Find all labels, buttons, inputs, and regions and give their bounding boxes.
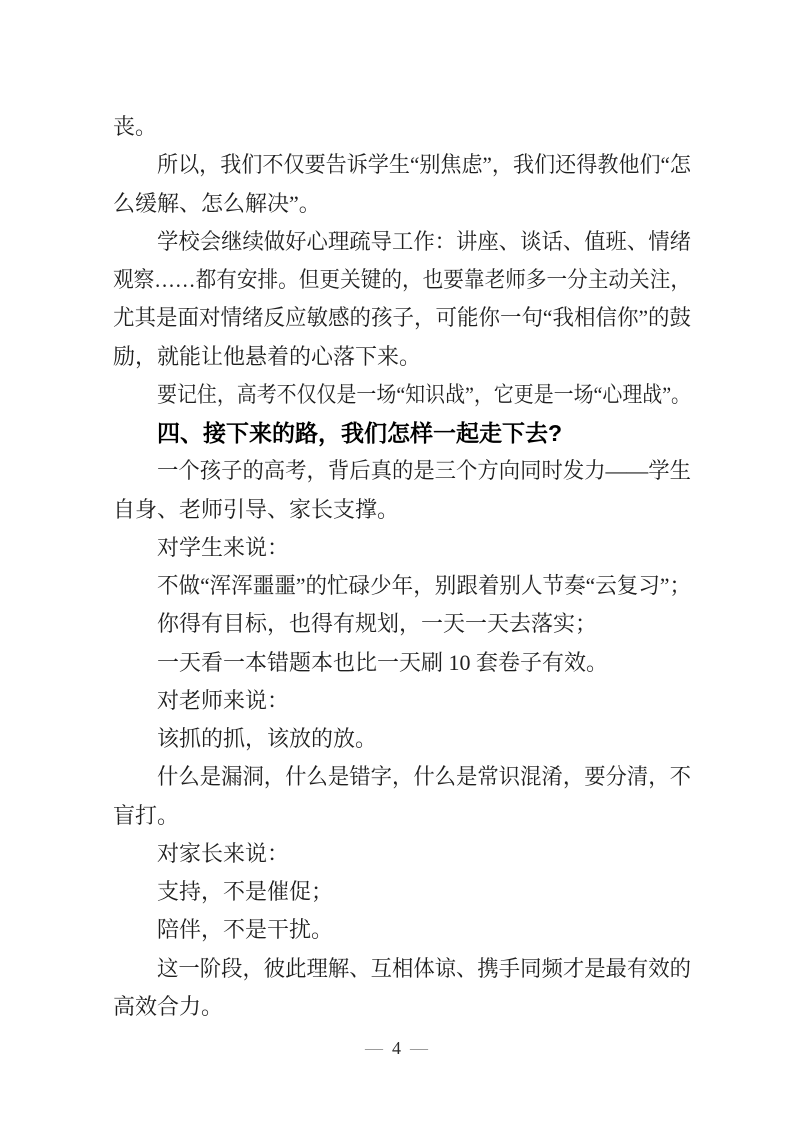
paragraph-line: 盲打。: [113, 797, 691, 835]
section-heading: 四、接下来的路，我们怎样一起走下去?: [113, 414, 691, 452]
text-run: 这一阶段，彼此理解、互相体谅、携手同频才是最有效的: [157, 950, 691, 988]
document-body: 丧。所以，我们不仅要告诉学生“别焦虑”，我们还得教他们“怎么缓解、怎么解决”。学…: [113, 108, 691, 1026]
text-run: 尤其是面对情绪反应敏感的孩子，可能你一句“我相信你”的鼓: [113, 299, 691, 337]
paragraph-line: 尤其是面对情绪反应敏感的孩子，可能你一句“我相信你”的鼓: [113, 299, 691, 337]
page-number: 4: [383, 1038, 410, 1058]
paragraph-line: 要记住，高考不仅仅是一场“知识战”，它更是一场“心理战”。: [113, 376, 691, 414]
footer-dash-right: —: [410, 1038, 428, 1058]
paragraph-line: 支持，不是催促；: [113, 873, 691, 911]
paragraph-line: 这一阶段，彼此理解、互相体谅、携手同频才是最有效的: [113, 950, 691, 988]
document-page: 丧。所以，我们不仅要告诉学生“别焦虑”，我们还得教他们“怎么缓解、怎么解决”。学…: [0, 0, 793, 1122]
paragraph-line: 高效合力。: [113, 988, 691, 1026]
paragraph-line: 陪伴，不是干扰。: [113, 911, 691, 949]
paragraph-line: 所以，我们不仅要告诉学生“别焦虑”，我们还得教他们“怎: [113, 146, 691, 184]
text-run: 对学生来说：: [157, 529, 289, 567]
paragraph-line: 该抓的抓，该放的放。: [113, 720, 691, 758]
paragraph-line: 不做“浑浑噩噩”的忙碌少年，别跟着别人节奏“云复习”；: [113, 567, 691, 605]
text-run: 不做“浑浑噩噩”的忙碌少年，别跟着别人节奏“云复习”；: [157, 567, 691, 605]
text-run: 所以，我们不仅要告诉学生“别焦虑”，我们还得教他们“怎: [157, 146, 691, 184]
paragraph-line: 一个孩子的高考，背后真的是三个方向同时发力——学生: [113, 452, 691, 490]
text-run: 你得有目标，也得有规划，一天一天去落实；: [157, 605, 597, 643]
text-run: 对家长来说：: [157, 835, 289, 873]
page-footer: —4—: [0, 1036, 793, 1060]
paragraph-line: 对老师来说：: [113, 682, 691, 720]
paragraph-line: 你得有目标，也得有规划，一天一天去落实；: [113, 605, 691, 643]
text-run: 观察……都有安排。但更关键的，也要靠老师多一分主动关注，: [113, 261, 691, 299]
text-run: 高效合力。: [113, 988, 223, 1026]
text-run: 么缓解、怎么解决”。: [113, 185, 321, 223]
paragraph-line: 学校会继续做好心理疏导工作：讲座、谈话、值班、情绪: [113, 223, 691, 261]
text-run: 支持，不是催促；: [157, 873, 333, 911]
text-run: 学校会继续做好心理疏导工作：讲座、谈话、值班、情绪: [157, 223, 691, 261]
text-run: 励，就能让他悬着的心落下来。: [113, 338, 421, 376]
footer-dash-left: —: [365, 1038, 383, 1058]
text-run: 什么是漏洞，什么是错字，什么是常识混淆，要分清，不: [157, 758, 691, 796]
paragraph-line: 观察……都有安排。但更关键的，也要靠老师多一分主动关注，: [113, 261, 691, 299]
paragraph-line: 什么是漏洞，什么是错字，什么是常识混淆，要分清，不: [113, 758, 691, 796]
text-run: 盲打。: [113, 797, 179, 835]
paragraph-line: 丧。: [113, 108, 691, 146]
paragraph-line: 么缓解、怎么解决”。: [113, 185, 691, 223]
paragraph-line: 对家长来说：: [113, 835, 691, 873]
text-run: 对老师来说：: [157, 682, 289, 720]
text-run: 陪伴，不是干扰。: [157, 911, 333, 949]
paragraph-line: 自身、老师引导、家长支撑。: [113, 491, 691, 529]
text-run: 一天看一本错题本也比一天刷 10 套卷子有效。: [157, 644, 608, 682]
text-run: 丧。: [113, 108, 157, 146]
paragraph-line: 一天看一本错题本也比一天刷 10 套卷子有效。: [113, 644, 691, 682]
text-run: 一个孩子的高考，背后真的是三个方向同时发力——学生: [157, 452, 691, 490]
text-run: 要记住，高考不仅仅是一场“知识战”，它更是一场“心理战”。: [157, 376, 691, 414]
paragraph-line: 励，就能让他悬着的心落下来。: [113, 338, 691, 376]
text-run: 自身、老师引导、家长支撑。: [113, 491, 399, 529]
paragraph-line: 对学生来说：: [113, 529, 691, 567]
text-run: 该抓的抓，该放的放。: [157, 720, 377, 758]
text-run: 四、接下来的路，我们怎样一起走下去?: [157, 414, 562, 452]
